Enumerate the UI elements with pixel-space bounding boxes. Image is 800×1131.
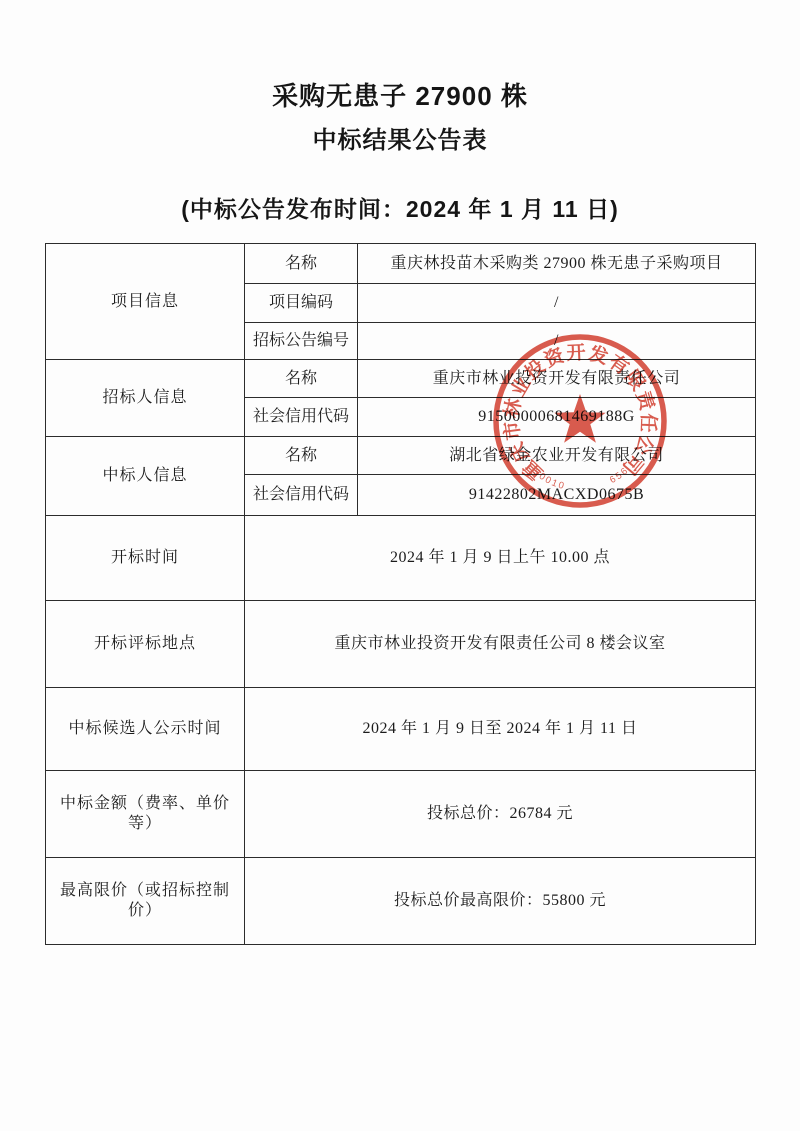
winner-name-value: 湖北省绿金农业开发有限公司 [358, 437, 756, 475]
table-row: 最高限价（或招标控制价） 投标总价最高限价：55800 元 [46, 858, 756, 945]
candidate-publicity-label: 中标候选人公示时间 [46, 688, 245, 771]
notice-number-value: / [358, 323, 756, 360]
project-code-label: 项目编码 [245, 284, 358, 323]
table-row: 中标候选人公示时间 2024 年 1 月 9 日至 2024 年 1 月 11 … [46, 688, 756, 771]
winner-credit-value: 91422802MACXD0675B [358, 475, 756, 516]
table-row: 中标人信息 名称 湖北省绿金农业开发有限公司 [46, 437, 756, 475]
tenderer-credit-value: 91500000681469188G [358, 398, 756, 437]
table-row: 招标人信息 名称 重庆市林业投资开发有限责任公司 [46, 360, 756, 398]
project-name-value: 重庆林投苗木采购类 27900 株无患子采购项目 [358, 244, 756, 284]
candidate-publicity-value: 2024 年 1 月 9 日至 2024 年 1 月 11 日 [245, 688, 756, 771]
tenderer-name-value: 重庆市林业投资开发有限责任公司 [358, 360, 756, 398]
bid-opening-place-label: 开标评标地点 [46, 601, 245, 688]
table-row: 项目信息 名称 重庆林投苗木采购类 27900 株无患子采购项目 [46, 244, 756, 284]
bid-opening-time-value: 2024 年 1 月 9 日上午 10.00 点 [245, 516, 756, 601]
bid-result-table: 项目信息 名称 重庆林投苗木采购类 27900 株无患子采购项目 项目编码 / … [45, 243, 756, 945]
page-subtitle: 中标结果公告表 [0, 120, 800, 155]
tenderer-group-label: 招标人信息 [46, 360, 245, 437]
table-row: 中标金额（费率、单价等） 投标总价：26784 元 [46, 771, 756, 858]
winning-amount-value: 投标总价：26784 元 [245, 771, 756, 858]
table-row: 开标评标地点 重庆市林业投资开发有限责任公司 8 楼会议室 [46, 601, 756, 688]
bid-opening-time-label: 开标时间 [46, 516, 245, 601]
winner-group-label: 中标人信息 [46, 437, 245, 516]
tenderer-name-label: 名称 [245, 360, 358, 398]
project-name-label: 名称 [245, 244, 358, 284]
max-price-value: 投标总价最高限价：55800 元 [245, 858, 756, 945]
winner-name-label: 名称 [245, 437, 358, 475]
project-info-group-label: 项目信息 [46, 244, 245, 360]
tenderer-credit-label: 社会信用代码 [245, 398, 358, 437]
winning-amount-label: 中标金额（费率、单价等） [46, 771, 245, 858]
publish-time-line: (中标公告发布时间：2024 年 1 月 11 日) [0, 191, 800, 224]
project-code-value: / [358, 284, 756, 323]
document-page: 采购无患子 27900 株 中标结果公告表 (中标公告发布时间：2024 年 1… [0, 0, 800, 1131]
notice-number-label: 招标公告编号 [245, 323, 358, 360]
table-row: 开标时间 2024 年 1 月 9 日上午 10.00 点 [46, 516, 756, 601]
page-title: 采购无患子 27900 株 [0, 76, 800, 113]
max-price-label: 最高限价（或招标控制价） [46, 858, 245, 945]
winner-credit-label: 社会信用代码 [245, 475, 358, 516]
bid-opening-place-value: 重庆市林业投资开发有限责任公司 8 楼会议室 [245, 601, 756, 688]
